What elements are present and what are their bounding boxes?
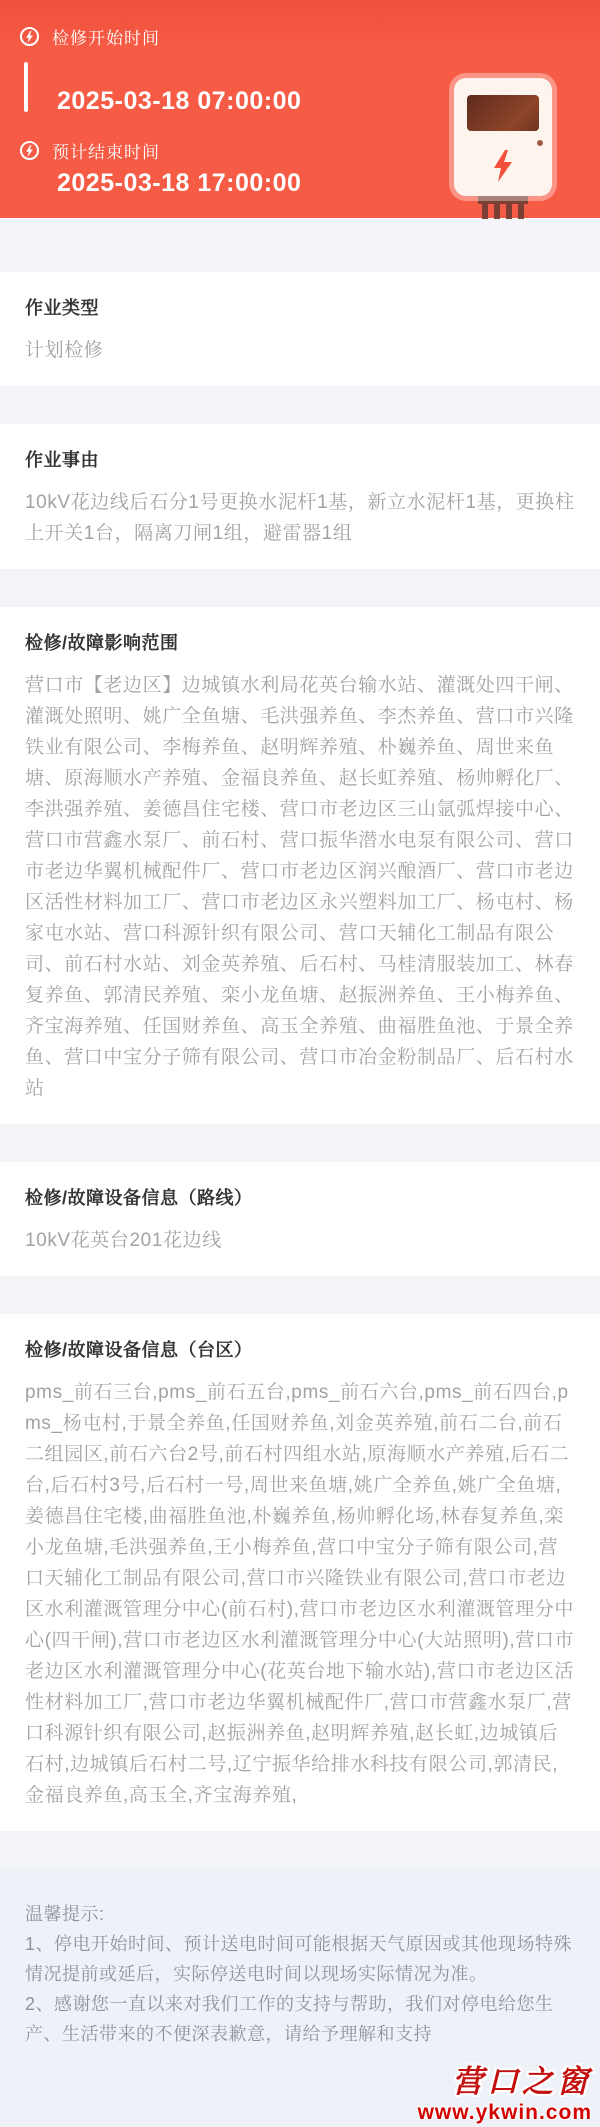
lightning-circle-icon	[20, 141, 39, 160]
section-device-area: 检修/故障设备信息（台区） pms_前石三台,pms_前石五台,pms_前石六台…	[0, 1314, 600, 1831]
section-title: 检修/故障影响范围	[25, 629, 575, 655]
electric-meter-icon	[454, 78, 552, 219]
tip-item-1: 1、停电开始时间、预计送电时间可能根据天气原因或其他现场特殊情况提前或延后，实际…	[25, 1929, 575, 1989]
end-time-row: 预计结束时间	[20, 138, 160, 163]
section-work-reason: 作业事由 10kV花边线后石分1号更换水泥杆1基，新立水泥杆1基，更换柱上开关1…	[0, 424, 600, 569]
section-body: 10kV花边线后石分1号更换水泥杆1基，新立水泥杆1基，更换柱上开关1台，隔离刀…	[25, 487, 575, 549]
section-title: 检修/故障设备信息（路线）	[25, 1184, 575, 1210]
section-title: 检修/故障设备信息（台区）	[25, 1336, 575, 1362]
watermark-url: www.ykwin.com	[418, 2102, 592, 2123]
end-time-label: 预计结束时间	[52, 138, 160, 163]
start-time-label: 检修开始时间	[52, 24, 160, 49]
meter-dot	[537, 140, 543, 146]
meter-box	[454, 78, 552, 196]
start-time-row: 检修开始时间	[20, 24, 160, 49]
meter-pins	[478, 196, 528, 219]
section-body: 计划检修	[25, 335, 575, 366]
section-title: 作业类型	[25, 294, 575, 320]
section-body: 10kV花英台201花边线	[25, 1225, 575, 1256]
meter-screen	[467, 95, 539, 131]
lightning-circle-icon	[20, 27, 39, 46]
section-device-line: 检修/故障设备信息（路线） 10kV花英台201花边线	[0, 1162, 600, 1276]
start-time-value: 2025-03-18 07:00:00	[57, 87, 301, 116]
lightning-bolt-icon	[491, 148, 515, 184]
site-watermark: 营口之窗 www.ykwin.com	[418, 2067, 592, 2123]
section-impact-scope: 检修/故障影响范围 营口市【老边区】边城镇水利局花英台输水站、灌溉处四干闸、灌溉…	[0, 607, 600, 1124]
section-body: pms_前石三台,pms_前石五台,pms_前石六台,pms_前石四台,pms_…	[25, 1377, 575, 1811]
section-work-type: 作业类型 计划检修	[0, 272, 600, 386]
outage-time-header: 检修开始时间 2025-03-18 07:00:00 预计结束时间 2025-0…	[0, 0, 600, 218]
section-title: 作业事由	[25, 446, 575, 472]
tips-footer: 温馨提示: 1、停电开始时间、预计送电时间可能根据天气原因或其他现场特殊情况提前…	[0, 1869, 600, 2127]
timeline-bar	[24, 62, 28, 112]
tips-title: 温馨提示:	[25, 1899, 575, 1929]
watermark-logo: 营口之窗	[418, 2067, 592, 2098]
end-time-value: 2025-03-18 17:00:00	[57, 169, 301, 198]
section-body: 营口市【老边区】边城镇水利局花英台输水站、灌溉处四干闸、灌溉处照明、姚广全鱼塘、…	[25, 670, 575, 1104]
tip-item-2: 2、感谢您一直以来对我们工作的支持与帮助，我们对停电给您生产、生活带来的不便深表…	[25, 1989, 575, 2049]
